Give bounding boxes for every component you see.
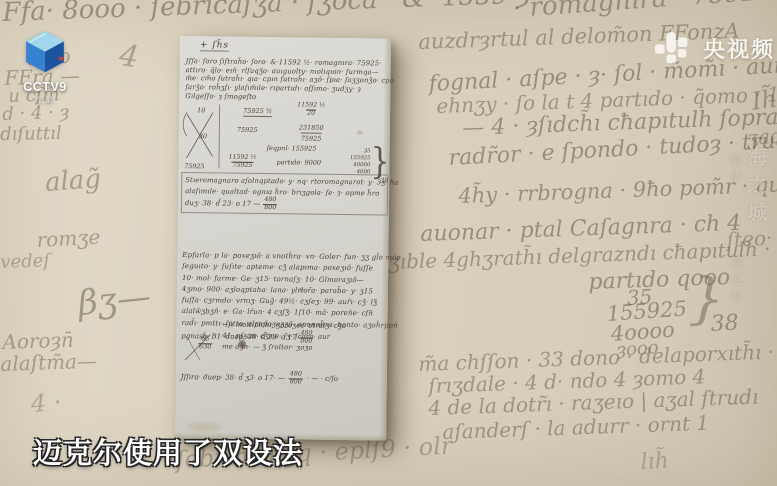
boxed-lines: Stıeromagnaro aſolnqptado· y· nq· rtorom… bbox=[185, 175, 384, 198]
cctv-cube-icon bbox=[18, 26, 72, 74]
boxed-tail: duʒ· 38· d̃ 23· o 17 — bbox=[185, 198, 261, 210]
background-script-line: Ih̃ bbox=[750, 85, 777, 116]
fraction-denominator: 630 bbox=[198, 343, 212, 351]
yangshipin-label: 央视频 bbox=[703, 33, 775, 64]
margin-number-column: 35155925400004000 bbox=[340, 148, 370, 176]
cctv9-logo: CCTV9 纪录 bbox=[12, 26, 78, 105]
background-script-line: vedeſ bbox=[0, 250, 50, 273]
cross-mid-value: 30 bbox=[199, 132, 207, 140]
fraction-denominator: 800 bbox=[263, 204, 277, 212]
manuscript-page: + ſh̃s Jſſa· ſoro ſiſtrah̃o· ſoro· &·115… bbox=[175, 36, 391, 441]
background-script-line: alag̃ bbox=[44, 164, 102, 198]
cross-top-value: 10 bbox=[197, 106, 205, 114]
calc-value: 75925 bbox=[301, 132, 322, 142]
final-post-text: · — · c/ſo bbox=[307, 375, 338, 383]
margin-fraction: 65 630 bbox=[198, 336, 212, 350]
background-script-line: 38 bbox=[710, 311, 739, 337]
cctv-channel-text: CCTV9 bbox=[12, 80, 78, 94]
cctv-sub-text: 纪录 bbox=[12, 94, 78, 105]
calc-value: 231850 bbox=[299, 123, 324, 131]
background-script-line: romʒe bbox=[36, 225, 101, 252]
fraction-denominator: 75925 bbox=[231, 161, 253, 169]
ink-stain bbox=[238, 340, 246, 349]
yangshipin-watermark: 央视频 bbox=[654, 29, 775, 67]
background-script-line: d · 4 · ȝ bbox=[2, 102, 69, 125]
final-pre-text: Jſſıra· duep· 38· d̃ ʒ3· o 17· — bbox=[181, 373, 285, 382]
final-answer-line: Jſſıra· duep· 38· d̃ ʒ3· o 17· — 480 800… bbox=[181, 370, 338, 386]
calc-fraction: 11592 ½ 75925 bbox=[228, 155, 256, 170]
calc-value: ſeqpnı̃· 155925 bbox=[267, 144, 317, 153]
background-script-line: 4 bbox=[117, 38, 141, 75]
calc-value: 75925 bbox=[237, 126, 258, 134]
brace-result: 38 bbox=[380, 176, 388, 184]
manuscript-paragraph-1: Jſſa· ſoro ſiſtrah̃o· ſoro· &·11592 ½· r… bbox=[185, 57, 388, 103]
calc-value: 75925 ½ bbox=[243, 107, 272, 117]
ink-stain bbox=[357, 130, 363, 135]
video-frame: Ffa· 8ooo · ſebrıcaſʒa · ſʒoca · & ·1559… bbox=[0, 0, 777, 486]
background-script-line: Ffa· 8ooo · ſebrıcaſʒa · ſʒoca · & ·1559… bbox=[2, 0, 547, 28]
programme-title-watermark: 海之城 bbox=[742, 146, 771, 230]
boxed-result-section: Stıeromagnaro aſolnqptado· y· nq· rtorom… bbox=[181, 172, 388, 216]
fraction-denominator: 800 bbox=[289, 378, 303, 386]
result-fraction: 480 800 bbox=[263, 197, 277, 211]
background-script-line: alaſtm̃a— bbox=[0, 349, 97, 376]
background-script-line: dıſuttıl bbox=[0, 123, 62, 145]
subtitle-caption: 迈克尔使用了双设法 bbox=[33, 431, 303, 472]
manuscript-ihs-header: + ſh̃s bbox=[200, 40, 229, 51]
fraction-denominator: 20 bbox=[306, 109, 316, 117]
yangshipin-pinwheel-icon bbox=[654, 29, 696, 67]
ink-stain bbox=[299, 287, 304, 292]
calc-fraction: 11592 ½ 20 bbox=[297, 102, 325, 117]
programme-subtitle-watermark-top: 繁华 bbox=[727, 154, 744, 188]
calc-value: partıdo· 9000 bbox=[276, 158, 321, 167]
background-script-line: lıh̃ bbox=[640, 449, 670, 475]
result-fraction: 480 800 bbox=[289, 371, 303, 385]
cross-multiplication-diagram: 10 30 75925 bbox=[178, 100, 221, 171]
background-script-line: 4 · bbox=[30, 388, 62, 418]
programme-subtitle-watermark-bottom: 威尼斯 bbox=[728, 256, 745, 307]
cross-bottom-value: 75925 bbox=[184, 163, 204, 170]
manuscript-side-note: ←ſı moltıpıch̃ı· ʒoroʒer· otralʒ· cʒ̃o41… bbox=[222, 320, 346, 355]
background-script-line: βʒ— bbox=[76, 276, 153, 323]
